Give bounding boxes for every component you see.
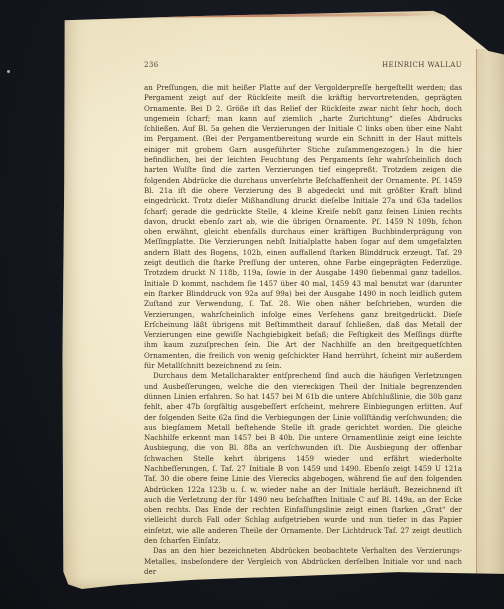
body-text: an Preſſungen, die mit heißer Platte auf… <box>144 83 462 577</box>
book-photo: 236 HEINRICH WALLAU an Preſſungen, die m… <box>0 0 504 609</box>
page-content: 236 HEINRICH WALLAU an Preſſungen, die m… <box>144 61 462 577</box>
scanned-book-page: 236 HEINRICH WALLAU an Preſſungen, die m… <box>62 8 504 589</box>
paragraph: Durchaus dem Metallcharakter entſprechen… <box>144 371 462 546</box>
page-gutter-shadow <box>476 49 504 589</box>
running-header: 236 HEINRICH WALLAU <box>144 61 462 69</box>
paragraph: an Preſſungen, die mit heißer Platte auf… <box>144 83 462 371</box>
page-top-edge-tint <box>69 13 431 18</box>
dust-speck <box>7 70 10 73</box>
page-number: 236 <box>144 61 159 69</box>
running-title: HEINRICH WALLAU <box>382 61 462 69</box>
paragraph: Das an den hier bezeichneten Abdrücken b… <box>144 546 462 577</box>
